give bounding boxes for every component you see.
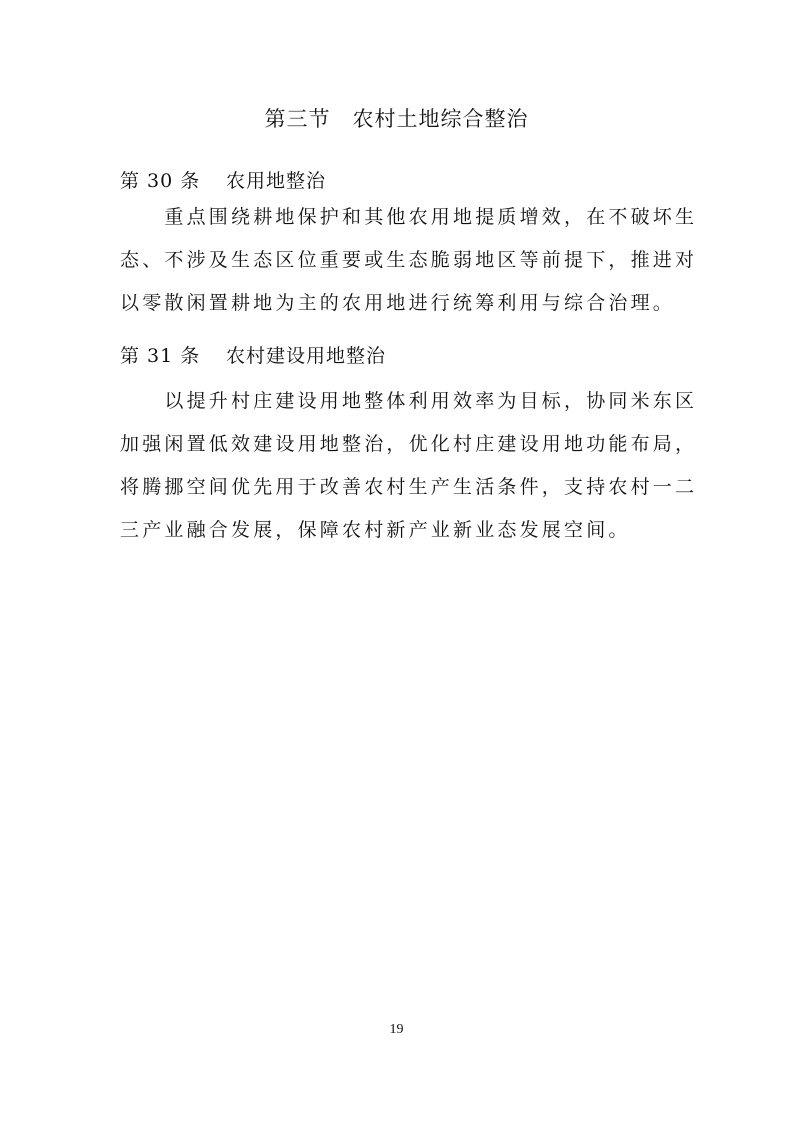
- paragraph-line: 以提升村庄建设用地整体利用效率为目标，协同米东区: [120, 380, 680, 423]
- section-number: 第三节: [265, 107, 331, 131]
- section-title-text: 农村土地综合整治: [353, 107, 529, 131]
- article-30-heading: 第 30 条农用地整治: [120, 166, 326, 193]
- paragraph-line: 态、不涉及生态区位重要或生态脆弱地区等前提下，推进对: [120, 239, 680, 282]
- paragraph-line: 以零散闲置耕地为主的农用地进行统筹利用与综合治理。: [120, 282, 680, 325]
- paragraph-line: 加强闲置低效建设用地整治，优化村庄建设用地功能布局，: [120, 423, 680, 466]
- page-number: 19: [0, 1022, 793, 1038]
- article-title: 农用地整治: [226, 170, 326, 192]
- article-title: 农村建设用地整治: [226, 345, 386, 367]
- section-heading: 第三节农村土地综合整治: [0, 103, 793, 133]
- article-number: 第 31 条: [120, 341, 226, 368]
- document-page: 第三节农村土地综合整治 第 30 条农用地整治 重点围绕耕地保护和其他农用地提质…: [0, 0, 793, 1122]
- paragraph-line: 重点围绕耕地保护和其他农用地提质增效，在不破坏生: [120, 196, 680, 239]
- article-30-body: 重点围绕耕地保护和其他农用地提质增效，在不破坏生 态、不涉及生态区位重要或生态脆…: [120, 196, 680, 325]
- article-31-body: 以提升村庄建设用地整体利用效率为目标，协同米东区 加强闲置低效建设用地整治，优化…: [120, 380, 680, 552]
- paragraph-line: 将腾挪空间优先用于改善农村生产生活条件，支持农村一二: [120, 466, 680, 509]
- article-31-heading: 第 31 条农村建设用地整治: [120, 341, 386, 368]
- article-number: 第 30 条: [120, 166, 226, 193]
- paragraph-line: 三产业融合发展，保障农村新产业新业态发展空间。: [120, 509, 680, 552]
